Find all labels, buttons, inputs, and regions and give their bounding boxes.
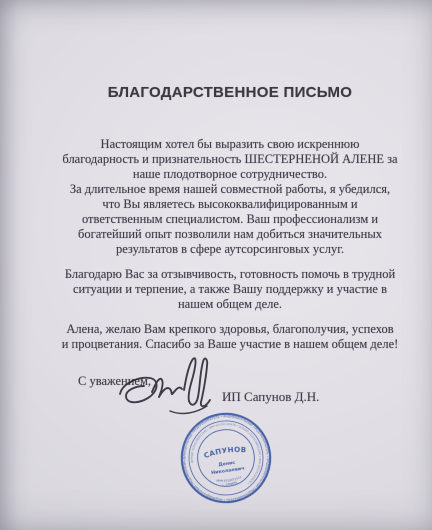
text-line: ситуации и терпение, а также Вашу поддер… (28, 282, 432, 297)
thank-you-letter: БЛАГОДАРСТВЕННОЕ ПИСЬМО Настоящим хотел … (0, 0, 432, 530)
signer-name: ИП Сапунов Д.Н. (222, 389, 319, 405)
signature-stroke (184, 358, 196, 401)
text-line: результатов в сфере аутсорсинговых услуг… (28, 242, 432, 257)
photo-background: БЛАГОДАРСТВЕННОЕ ПИСЬМО Настоящим хотел … (0, 0, 432, 530)
text-line: богатейший опыт позволили нам добиться з… (28, 227, 432, 242)
signature-stroke (120, 378, 157, 403)
text-line: Настоящим хотел бы выразить свою искренн… (28, 137, 432, 152)
stamp-seal: ИНДИВИДУАЛЬНЫЙ ПРЕДПРИНИМАТЕЛЬ • ИНДИВИД… (172, 404, 280, 512)
text-line: нашем общем деле. (28, 297, 432, 312)
letter-title: БЛАГОДАРСТВЕННОЕ ПИСЬМО (28, 84, 432, 101)
text-line: Благодарю Вас за отзывчивость, готовност… (28, 267, 432, 282)
text-line: За длительное время нашей совместной раб… (28, 182, 432, 197)
stamp-patronymic: Николаевич (211, 465, 245, 476)
text-line: Алена, желаю Вам крепкого здоровья, благ… (28, 322, 432, 337)
text-line: благодарность и признательность ШЕСТЕРНЕ… (28, 152, 432, 167)
text-line: ответственным специалистом. Ваш професси… (28, 212, 432, 227)
text-line: и процветания. Спасибо за Ваше участие в… (28, 337, 432, 352)
paragraph: Благодарю Вас за отзывчивость, готовност… (28, 267, 432, 312)
stamp-first-name: Денис (218, 460, 236, 468)
stamp-surname: САПУНОВ (202, 443, 248, 461)
letter-body: Настоящим хотел бы выразить свою искренн… (28, 137, 432, 352)
paragraph: Настоящим хотел бы выразить свою искренн… (28, 137, 432, 257)
text-line: наше плодотворное сотрудничество. (28, 167, 432, 182)
paragraph: Алена, желаю Вам крепкого здоровья, благ… (28, 322, 432, 352)
text-line: что Вы являетесь высококвалифицированным… (28, 197, 432, 212)
